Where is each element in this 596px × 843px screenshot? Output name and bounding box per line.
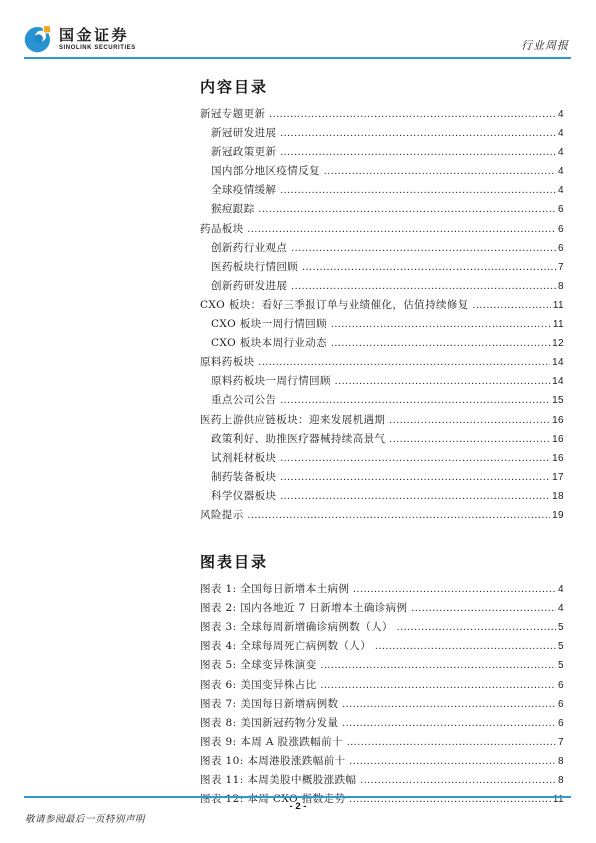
dotted-leader — [331, 334, 550, 353]
toc-entry-page: 14 — [552, 373, 564, 391]
brand-name-cn: 国金证券 — [59, 27, 136, 44]
toc-entry[interactable]: 科学仪器板块 18 — [200, 487, 564, 506]
toc-entry-label: CXO 板块本周行业动态 — [211, 334, 327, 352]
footer-divider — [24, 796, 571, 798]
dotted-leader — [291, 239, 556, 258]
toc-entry-label: 图表 1: 全国每日新增本土病例 — [200, 580, 349, 598]
toc-entry-page: 6 — [558, 240, 564, 258]
toc-entry-page: 7 — [558, 259, 564, 277]
dotted-leader — [321, 676, 556, 695]
toc-entry-label: 新冠政策更新 — [211, 143, 276, 161]
dotted-leader — [353, 580, 556, 599]
toc-entry-page: 16 — [552, 450, 564, 468]
dotted-leader — [349, 752, 556, 771]
dotted-leader — [280, 487, 550, 506]
dotted-leader — [259, 353, 551, 372]
dotted-leader — [411, 599, 556, 618]
toc-entry[interactable]: 图表 6: 美国变异株占比 6 — [200, 676, 564, 695]
toc-entry-label: 创新药行业观点 — [211, 239, 287, 257]
figures-title: 图表目录 — [200, 551, 564, 572]
toc-entry-label: 重点公司公告 — [211, 391, 276, 409]
toc-entry-page: 6 — [558, 715, 564, 733]
toc-entry[interactable]: 原料药板块 14 — [200, 353, 564, 372]
toc-entry[interactable]: 新冠专题更新 4 — [200, 105, 564, 124]
brand-name-en: SINOLINK SECURITIES — [59, 45, 136, 51]
toc-entry-label: 政策利好、助推医疗器械持续高景气 — [211, 430, 385, 448]
toc-entry-page: 16 — [552, 412, 564, 430]
toc-entry-page: 15 — [552, 392, 564, 410]
toc-entry[interactable]: 政策利好、助推医疗器械持续高景气 16 — [200, 430, 564, 449]
brand-logo: 国金证券 SINOLINK SECURITIES — [24, 25, 136, 53]
toc-entry-page: 4 — [558, 125, 564, 143]
toc-entry[interactable]: CXO 板块一周行情回顾 11 — [200, 315, 564, 334]
toc-entry-label: 制药装备板块 — [211, 468, 276, 486]
toc-entry-page: 5 — [558, 657, 564, 675]
toc-entry-page: 6 — [558, 696, 564, 714]
report-page: 国金证券 SINOLINK SECURITIES 行业周报 内容目录 新冠专题更… — [0, 0, 596, 843]
toc-entry-page: 4 — [558, 163, 564, 181]
toc-entry[interactable]: 新冠研发进展 4 — [200, 124, 564, 143]
toc-entry-page: 19 — [552, 507, 564, 525]
toc-entry[interactable]: 图表 11: 本周美股中概股涨跌幅 8 — [200, 771, 564, 790]
toc-entry-label: 新冠研发进展 — [211, 124, 276, 142]
toc-entry-page: 4 — [558, 600, 564, 618]
dotted-leader — [375, 637, 556, 656]
toc-title: 内容目录 — [200, 76, 564, 97]
toc-entry-label: CXO 板块：看好三季报订单与业绩催化，估值持续修复 — [200, 296, 469, 314]
brand-text: 国金证券 SINOLINK SECURITIES — [59, 27, 136, 51]
toc-entry-page: 6 — [558, 677, 564, 695]
toc-entry-page: 12 — [552, 335, 564, 353]
toc-entry[interactable]: 新冠政策更新 4 — [200, 143, 564, 162]
toc-entry-page: 4 — [558, 182, 564, 200]
toc-entry-label: 原料药板块 — [200, 353, 255, 371]
toc-entry-label: 试剂耗材板块 — [211, 449, 276, 467]
dotted-leader — [331, 315, 551, 334]
toc-entry[interactable]: 创新药研发进展 8 — [200, 277, 564, 296]
toc-entry[interactable]: 医药板块行情回顾 7 — [200, 258, 564, 277]
toc-entry-page: 5 — [558, 619, 564, 637]
toc-entry-label: 医药板块行情回顾 — [211, 258, 298, 276]
toc-entry-page: 6 — [558, 201, 564, 219]
toc-entry-page: 14 — [552, 354, 564, 372]
dotted-leader — [324, 162, 556, 181]
dotted-leader — [397, 618, 556, 637]
page-header: 国金证券 SINOLINK SECURITIES 行业周报 — [24, 25, 571, 59]
toc-entry-page: 17 — [552, 469, 564, 487]
toc-entry-page: 5 — [558, 638, 564, 656]
toc-entry-page: 11 — [553, 297, 564, 315]
toc-entry-label: 创新药研发进展 — [211, 277, 287, 295]
toc-entry-label: 图表 10: 本周港股涨跌幅前十 — [200, 752, 345, 770]
toc-content: 内容目录 新冠专题更新 4 新冠研发进展 4 新冠政策更新 4 国内部分地区疫情… — [200, 76, 564, 809]
dotted-leader — [342, 695, 556, 714]
toc-entry-label: 图表 7: 美国每日新增病例数 — [200, 695, 338, 713]
toc-entry-page: 11 — [553, 316, 564, 334]
toc-entry[interactable]: 医药上游供应链板块：迎来发展机遇期 16 — [200, 411, 564, 430]
toc-entry-label: 原料药板块一周行情回顾 — [211, 372, 331, 390]
dotted-leader — [280, 468, 550, 487]
dotted-leader — [280, 124, 556, 143]
toc-entry[interactable]: 药品板块 6 — [200, 220, 564, 239]
toc-entry[interactable]: 图表 9: 本周 A 股涨跌幅前十 7 — [200, 733, 564, 752]
dotted-leader — [280, 449, 550, 468]
dotted-leader — [302, 258, 556, 277]
dotted-leader — [280, 143, 556, 162]
dotted-leader — [291, 277, 556, 296]
toc-entry-page: 4 — [558, 144, 564, 162]
toc-entry[interactable]: 图表 8: 美国新冠药物分发量 6 — [200, 714, 564, 733]
dotted-leader — [342, 714, 556, 733]
toc-entry[interactable]: 试剂耗材板块 16 — [200, 449, 564, 468]
toc-entry[interactable]: 图表 2: 国内各地近 7 日新增本土确诊病例 4 — [200, 599, 564, 618]
toc-entry-label: 猴痘跟踪 — [211, 200, 255, 218]
dotted-leader — [360, 771, 556, 790]
toc-entry[interactable]: 风险提示 19 — [200, 506, 564, 525]
dotted-leader — [248, 506, 550, 525]
dotted-leader — [335, 372, 550, 391]
dotted-leader — [321, 656, 556, 675]
dotted-leader — [389, 430, 550, 449]
toc-entry-label: CXO 板块一周行情回顾 — [211, 315, 327, 333]
toc-entry-page: 7 — [558, 734, 564, 752]
dotted-leader — [280, 391, 550, 410]
footer-disclaimer: 敬请参阅最后一页特别声明 — [25, 811, 145, 825]
toc-entry-page: 8 — [558, 753, 564, 771]
toc-entry[interactable]: CXO 板块：看好三季报订单与业绩催化，估值持续修复 11 — [200, 296, 564, 315]
toc-entry[interactable]: 国内部分地区疫情反复 4 — [200, 162, 564, 181]
toc-entry-page: 18 — [552, 488, 564, 506]
toc-entry-label: 风险提示 — [200, 506, 244, 524]
toc-entry-page: 4 — [558, 581, 564, 599]
toc-entry-label: 图表 8: 美国新冠药物分发量 — [200, 714, 338, 732]
toc-entry[interactable]: 重点公司公告 15 — [200, 391, 564, 410]
toc-entry-label: 药品板块 — [200, 220, 244, 238]
dotted-leader — [389, 411, 550, 430]
toc-entry-label: 图表 2: 国内各地近 7 日新增本土确诊病例 — [200, 599, 407, 617]
toc-entry[interactable]: 猴痘跟踪 6 — [200, 200, 564, 219]
toc-entry-label: 图表 4: 全球每周死亡病例数（人） — [200, 637, 371, 655]
toc-entry[interactable]: 图表 10: 本周港股涨跌幅前十 8 — [200, 752, 564, 771]
toc-entry-label: 医药上游供应链板块：迎来发展机遇期 — [200, 411, 385, 429]
toc-entry-label: 科学仪器板块 — [211, 487, 276, 505]
toc-entry[interactable]: 图表 7: 美国每日新增病例数 6 — [200, 695, 564, 714]
figures-list: 图表 1: 全国每日新增本土病例 4 图表 2: 国内各地近 7 日新增本土确诊… — [200, 580, 564, 809]
toc-entry-page: 8 — [558, 278, 564, 296]
toc-entry[interactable]: 图表 1: 全国每日新增本土病例 4 — [200, 580, 564, 599]
toc-entry-label: 图表 3: 全球每周新增确诊病例数（人） — [200, 618, 393, 636]
dotted-leader — [259, 200, 556, 219]
dotted-leader — [473, 296, 551, 315]
dotted-leader — [280, 181, 556, 200]
report-type-label: 行业周报 — [521, 37, 569, 53]
toc-entry[interactable]: CXO 板块本周行业动态 12 — [200, 334, 564, 353]
dotted-leader — [347, 733, 556, 752]
dotted-leader — [248, 220, 556, 239]
toc-entry-page: 4 — [558, 106, 564, 124]
toc-entry-label: 图表 11: 本周美股中概股涨跌幅 — [200, 771, 356, 789]
toc-entry-label: 全球疫情缓解 — [211, 181, 276, 199]
toc-list: 新冠专题更新 4 新冠研发进展 4 新冠政策更新 4 国内部分地区疫情反复 4 … — [200, 105, 564, 525]
toc-entry[interactable]: 创新药行业观点 6 — [200, 239, 564, 258]
dotted-leader — [269, 105, 556, 124]
toc-entry-label: 新冠专题更新 — [200, 105, 265, 123]
toc-entry-label: 图表 6: 美国变异株占比 — [200, 676, 317, 694]
toc-entry[interactable]: 图表 4: 全球每周死亡病例数（人） 5 — [200, 637, 564, 656]
toc-entry-label: 图表 9: 本周 A 股涨跌幅前十 — [200, 733, 343, 751]
toc-entry-label: 图表 5: 全球变异株演变 — [200, 656, 317, 674]
toc-entry[interactable]: 原料药板块一周行情回顾 14 — [200, 372, 564, 391]
sinolink-logo-icon — [24, 25, 52, 53]
toc-entry[interactable]: 图表 5: 全球变异株演变 5 — [200, 656, 564, 675]
toc-entry-page: 6 — [558, 221, 564, 239]
toc-entry[interactable]: 图表 3: 全球每周新增确诊病例数（人） 5 — [200, 618, 564, 637]
toc-entry[interactable]: 制药装备板块 17 — [200, 468, 564, 487]
toc-entry[interactable]: 全球疫情缓解 4 — [200, 181, 564, 200]
toc-entry-label: 国内部分地区疫情反复 — [211, 162, 320, 180]
toc-entry-page: 8 — [558, 772, 564, 790]
toc-entry-page: 16 — [552, 431, 564, 449]
